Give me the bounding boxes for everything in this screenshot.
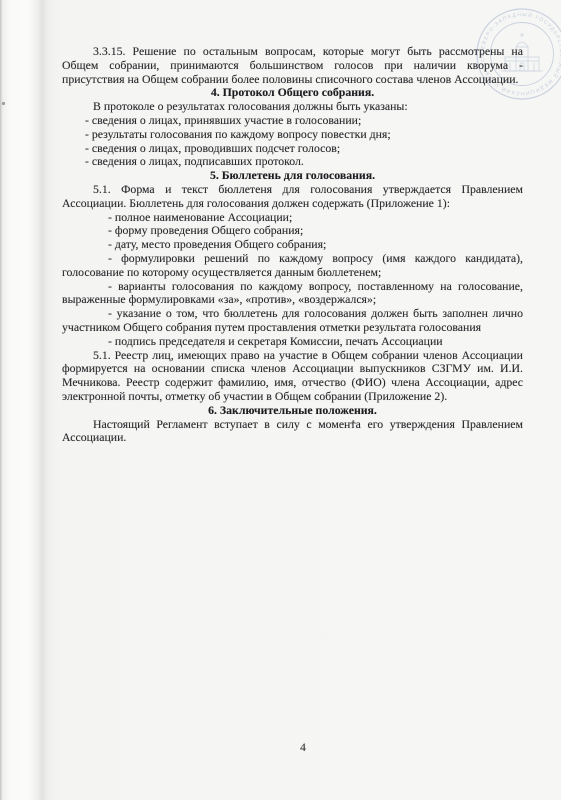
- list-item: - варианты голосования по каждому вопрос…: [62, 280, 523, 308]
- section-4-heading: 4. Протокол Общего собрания.: [62, 86, 523, 100]
- paragraph-final: Настоящий Регламент вступает в силу с мо…: [62, 418, 523, 446]
- paragraph-5-1-register: 5.1. Реестр лиц, имеющих право на участи…: [62, 349, 523, 404]
- list-item: - полное наименование Ассоциации;: [62, 211, 523, 225]
- paragraph-5-1-form: 5.1. Форма и текст бюллетеня для голосов…: [62, 183, 523, 211]
- list-item: - сведения о лицах, принявших участие в …: [62, 114, 523, 128]
- list-item: - подпись председателя и секретаря Комис…: [62, 335, 523, 349]
- section-4-intro: В протоколе о результатах голосования до…: [62, 100, 523, 114]
- list-item: - указание о том, что бюллетень для голо…: [62, 307, 523, 335]
- list-item: - сведения о лицах, подписавших протокол…: [62, 155, 523, 169]
- list-item: - формулировки решений по каждому вопрос…: [62, 252, 523, 280]
- page-number: 4: [288, 742, 318, 754]
- list-item: - результаты голосования по каждому вопр…: [62, 128, 523, 142]
- document-body: 3.3.15. Решение по остальным вопросам, к…: [62, 45, 523, 445]
- list-item: - форму проведения Общего собрания;: [62, 224, 523, 238]
- ink-speck: [2, 102, 5, 105]
- section-6-heading: 6. Заключительные положения.: [62, 404, 523, 418]
- section-5-heading: 5. Бюллетень для голосования.: [62, 169, 523, 183]
- paragraph-3-3-15: 3.3.15. Решение по остальным вопросам, к…: [62, 45, 523, 86]
- list-item: - дату, место проведения Общего собрания…: [62, 238, 523, 252]
- list-item: - сведения о лицах, проводивших подсчет …: [62, 142, 523, 156]
- scanned-page: СЕВЕРО-ЗАПАДНЫЙ ГОСУДАРСТВЕННЫЙ МЕДИЦИНС…: [0, 0, 561, 800]
